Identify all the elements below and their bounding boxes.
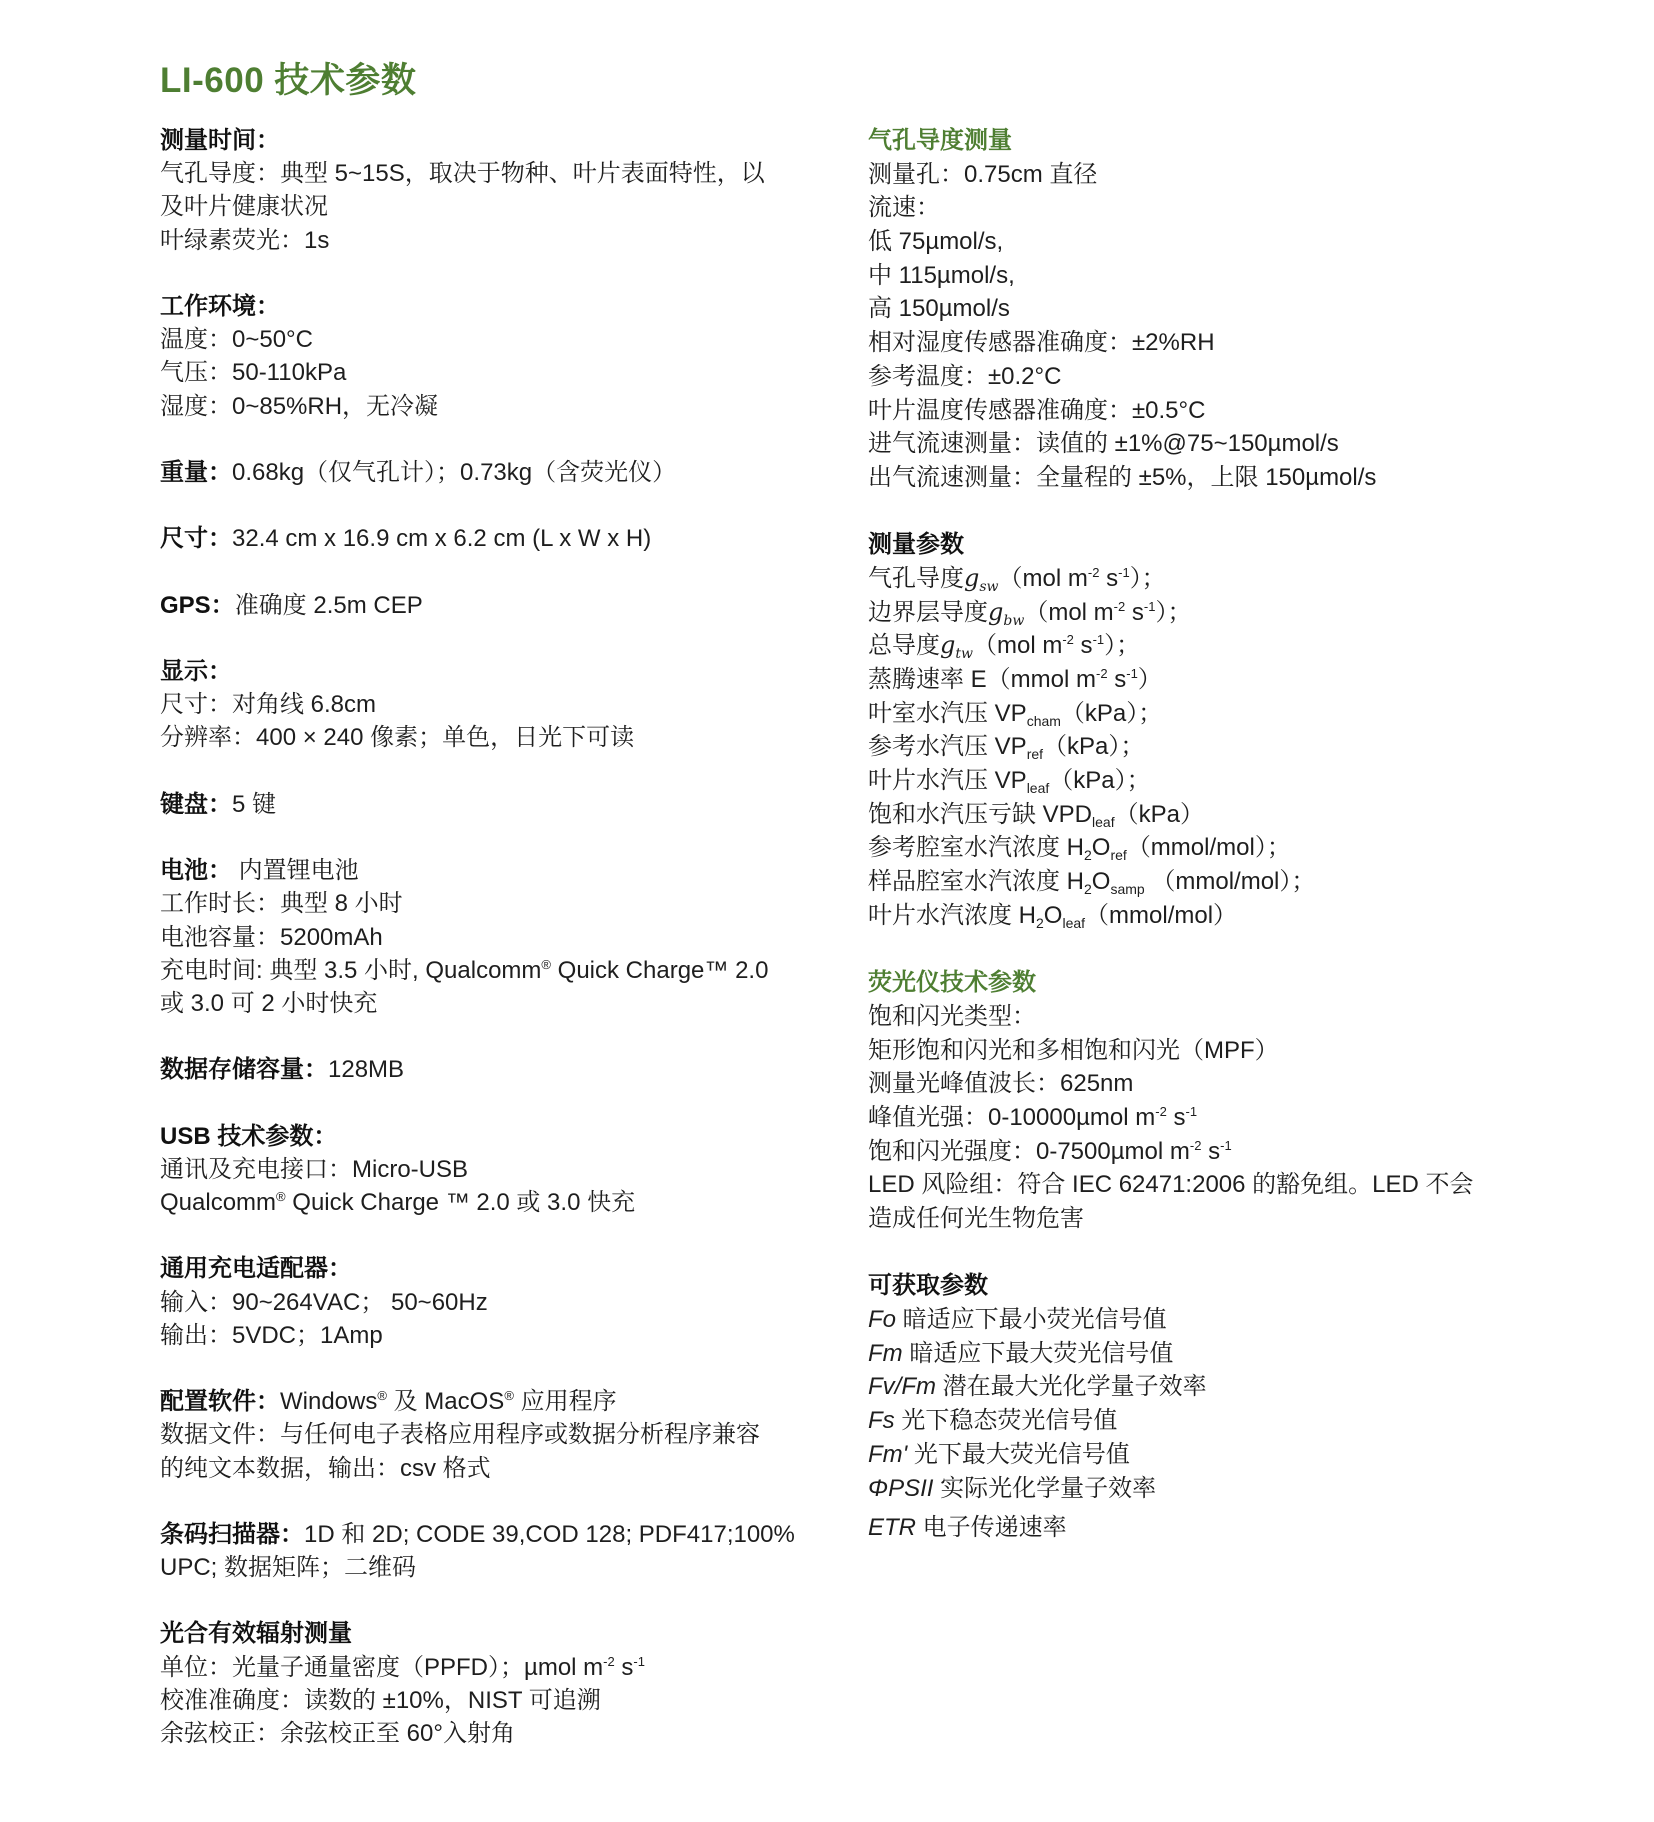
subscript: 2 bbox=[1036, 915, 1044, 931]
param-vpcham: 叶室水汽压 VPcham（kPa）； bbox=[868, 697, 1588, 731]
spec-text: s bbox=[615, 1654, 634, 1681]
spec-value: 1D 和 2D; CODE 39,COD 128; PDF417;100% bbox=[304, 1521, 795, 1548]
exponent: -1 bbox=[1220, 1138, 1232, 1153]
subscript: ref bbox=[1027, 746, 1043, 762]
spec-line: 低 75µmol/s, bbox=[868, 225, 1588, 259]
spec-label: 配置软件： bbox=[160, 1388, 280, 1415]
spec-value: 内置锂电池 bbox=[232, 857, 359, 884]
spec-text: 应用程序 bbox=[514, 1388, 617, 1415]
param-text: （mol m bbox=[999, 565, 1088, 592]
spec-battery: 电池： 内置锂电池 bbox=[160, 854, 820, 887]
parameter-symbol: Fs bbox=[868, 1407, 895, 1434]
param-text: s bbox=[1099, 565, 1118, 592]
spec-line: 矩形饱和闪光和多相饱和闪光（MPF） bbox=[868, 1034, 1588, 1068]
spec-line: 进气流速测量：读值的 ±1%@75~150µmol/s bbox=[868, 427, 1588, 461]
param-text: （kPa） bbox=[1115, 801, 1204, 828]
param-text: 叶片水汽浓度 H bbox=[868, 902, 1036, 929]
spec-peak-intensity: 峰值光强：0-10000µmol m-2 s-1 bbox=[868, 1101, 1588, 1135]
registered-mark: ® bbox=[541, 957, 551, 972]
param-text: 饱和水汽压亏缺 VPD bbox=[868, 801, 1092, 828]
spec-storage: 数据存储容量：128MB bbox=[160, 1053, 820, 1086]
param-text: （mmol/mol）； bbox=[1145, 868, 1316, 895]
spec-par-unit: 单位：光量子通量密度（PPFD）；µmol m-2 s-1 bbox=[160, 1651, 820, 1684]
subscript: sw bbox=[979, 579, 998, 595]
param-text: 叶室水汽压 VP bbox=[868, 700, 1027, 727]
param-text: ）； bbox=[1130, 565, 1166, 592]
spec-line: 的纯文本数据，输出：csv 格式 bbox=[160, 1452, 820, 1485]
section-heading-usb: USB 技术参数： bbox=[160, 1120, 820, 1153]
spec-keyboard: 键盘：5 键 bbox=[160, 788, 820, 821]
obtainable-item: Fv/Fm 潜在最大光化学量子效率 bbox=[868, 1370, 1588, 1404]
parameter-desc: 暗适应下最大荧光信号值 bbox=[903, 1340, 1174, 1367]
subscript: 2 bbox=[1084, 881, 1092, 897]
param-h2oleaf: 叶片水汽浓度 H2Oleaf（mmol/mol） bbox=[868, 899, 1588, 933]
spec-line: 中 115µmol/s, bbox=[868, 259, 1588, 293]
spec-text: Qualcomm bbox=[160, 1189, 276, 1216]
spec-text: 单位：光量子通量密度（PPFD）；µmol m bbox=[160, 1654, 603, 1681]
spec-line: 叶绿素荧光：1s bbox=[160, 224, 820, 257]
subscript: tw bbox=[955, 646, 973, 662]
param-text: （kPa）； bbox=[1043, 733, 1144, 760]
registered-mark: ® bbox=[504, 1388, 514, 1403]
spec-line: 相对湿度传感器准确度：±2%RH bbox=[868, 326, 1588, 360]
spec-line: 校准准确度：读数的 ±10%，NIST 可追溯 bbox=[160, 1684, 820, 1717]
spec-line: 电池容量：5200mAh bbox=[160, 921, 820, 954]
subscript: ref bbox=[1110, 847, 1126, 863]
obtainable-item: Fo 暗适应下最小荧光信号值 bbox=[868, 1303, 1588, 1337]
spec-line: 流速： bbox=[868, 191, 1588, 225]
spec-label: 条码扫描器： bbox=[160, 1521, 304, 1548]
param-vpref: 参考水汽压 VPref（kPa）； bbox=[868, 730, 1588, 764]
spec-label: 键盘： bbox=[160, 791, 232, 818]
param-text: O bbox=[1092, 868, 1111, 895]
spec-weight: 重量：0.68kg（仅气孔计）；0.73kg（含荧光仪） bbox=[160, 456, 820, 489]
parameter-desc: 实际光化学量子效率 bbox=[933, 1475, 1156, 1502]
spec-line: 输入：90~264VAC； 50~60Hz bbox=[160, 1286, 820, 1319]
spec-line: 及叶片健康状况 bbox=[160, 190, 820, 223]
exponent: -2 bbox=[1096, 666, 1108, 681]
param-text: 叶片水汽压 VP bbox=[868, 767, 1027, 794]
section-heading-adapter: 通用充电适配器： bbox=[160, 1252, 820, 1285]
parameter-symbol: ETR bbox=[868, 1514, 916, 1541]
subscript: cham bbox=[1027, 713, 1061, 729]
param-text: ） bbox=[1138, 666, 1162, 693]
spec-text: Windows bbox=[280, 1388, 377, 1415]
spec-line: 测量孔：0.75cm 直径 bbox=[868, 158, 1588, 192]
subscript: 2 bbox=[1084, 847, 1092, 863]
registered-mark: ® bbox=[276, 1189, 286, 1204]
param-text: s bbox=[1125, 599, 1144, 626]
section-heading-par: 光合有效辐射测量 bbox=[160, 1617, 820, 1650]
param-text: s bbox=[1074, 632, 1093, 659]
param-text: （kPa）； bbox=[1061, 700, 1162, 727]
param-text: 总导度 bbox=[868, 632, 940, 659]
exponent: -2 bbox=[1155, 1104, 1167, 1119]
spec-label: 尺寸： bbox=[160, 525, 232, 552]
section-heading-display: 显示： bbox=[160, 655, 820, 688]
spec-line: 输出：5VDC；1Amp bbox=[160, 1319, 820, 1352]
exponent: -1 bbox=[633, 1654, 645, 1669]
param-gbw: 边界层导度gbw（mol m-2 s-1）； bbox=[868, 596, 1588, 630]
spec-value: 32.4 cm x 16.9 cm x 6.2 cm (L x W x H) bbox=[232, 525, 651, 552]
parameter-symbol: ΦPSII bbox=[868, 1475, 933, 1502]
spec-text: Quick Charge ™ 2.0 或 3.0 快充 bbox=[286, 1189, 635, 1216]
spec-line: 湿度：0~85%RH，无冷凝 bbox=[160, 390, 820, 423]
symbol-g: g bbox=[964, 564, 979, 592]
exponent: -2 bbox=[603, 1654, 615, 1669]
spec-line: 数据文件：与任何电子表格应用程序或数据分析程序兼容 bbox=[160, 1418, 820, 1451]
param-h2osamp: 样品腔室水汽浓度 H2Osamp （mmol/mol）； bbox=[868, 865, 1588, 899]
page-title: LI-600 技术参数 bbox=[160, 60, 416, 102]
exponent: -1 bbox=[1118, 565, 1130, 580]
exponent: -2 bbox=[1114, 599, 1126, 614]
subscript: leaf bbox=[1092, 814, 1115, 830]
spec-value: 准确度 2.5m CEP bbox=[235, 592, 423, 619]
spec-software: 配置软件：Windows® 及 MacOS® 应用程序 bbox=[160, 1385, 820, 1418]
subscript: leaf bbox=[1062, 915, 1085, 931]
symbol-g: g bbox=[940, 631, 955, 659]
obtainable-item: Fm 暗适应下最大荧光信号值 bbox=[868, 1337, 1588, 1371]
exponent: -1 bbox=[1185, 1104, 1197, 1119]
spec-label: 数据存储容量： bbox=[160, 1056, 328, 1083]
obtainable-item: ETR 电子传递速率 bbox=[868, 1511, 1588, 1545]
spec-line: 尺寸：对角线 6.8cm bbox=[160, 688, 820, 721]
parameter-symbol: Fo bbox=[868, 1306, 896, 1333]
spec-label: GPS： bbox=[160, 592, 235, 619]
param-vpd: 饱和水汽压亏缺 VPDleaf（kPa） bbox=[868, 798, 1588, 832]
param-e: 蒸腾速率 E（mmol m-2 s-1） bbox=[868, 663, 1588, 697]
subscript: bw bbox=[1003, 613, 1024, 629]
spec-line: 气压：50-110kPa bbox=[160, 356, 820, 389]
spec-line: 叶片温度传感器准确度：±0.5°C bbox=[868, 394, 1588, 428]
spec-line: 分辨率：400 × 240 像素；单色，日光下可读 bbox=[160, 721, 820, 754]
param-text: （mmol/mol） bbox=[1085, 902, 1237, 929]
parameter-desc: 潜在最大光化学量子效率 bbox=[936, 1373, 1207, 1400]
param-gsw: 气孔导度gsw（mol m-2 s-1）； bbox=[868, 562, 1588, 596]
spec-line: 通讯及充电接口：Micro-USB bbox=[160, 1153, 820, 1186]
registered-mark: ® bbox=[377, 1388, 387, 1403]
section-heading-measure-time: 测量时间： bbox=[160, 124, 820, 157]
exponent: -2 bbox=[1062, 632, 1074, 647]
exponent: -2 bbox=[1190, 1138, 1202, 1153]
spec-quick-charge: Qualcomm® Quick Charge ™ 2.0 或 3.0 快充 bbox=[160, 1186, 820, 1219]
section-heading-environment: 工作环境： bbox=[160, 290, 820, 323]
obtainable-item: ΦPSII 实际光化学量子效率 bbox=[868, 1472, 1588, 1506]
exponent: -1 bbox=[1126, 666, 1138, 681]
exponent: -1 bbox=[1144, 599, 1156, 614]
param-text: 参考腔室水汽浓度 H bbox=[868, 834, 1084, 861]
param-text: 边界层导度 bbox=[868, 599, 988, 626]
param-text: 参考水汽压 VP bbox=[868, 733, 1027, 760]
param-text: （mol m bbox=[973, 632, 1062, 659]
spec-text: s bbox=[1167, 1104, 1186, 1131]
spec-line: LED 风险组：符合 IEC 62471:2006 的豁免组。LED 不会 bbox=[868, 1168, 1588, 1202]
spec-barcode: 条码扫描器：1D 和 2D; CODE 39,COD 128; PDF417;1… bbox=[160, 1518, 820, 1551]
spec-line: 或 3.0 可 2 小时快充 bbox=[160, 987, 820, 1020]
parameter-symbol: Fv/Fm bbox=[868, 1373, 936, 1400]
spec-line: 余弦校正：余弦校正至 60°入射角 bbox=[160, 1717, 820, 1750]
parameter-desc: 暗适应下最小荧光信号值 bbox=[896, 1306, 1167, 1333]
spec-line: 参考温度：±0.2°C bbox=[868, 360, 1588, 394]
symbol-g: g bbox=[988, 598, 1003, 626]
spec-line: 测量光峰值波长：625nm bbox=[868, 1067, 1588, 1101]
spec-text: 饱和闪光强度：0-7500µmol m bbox=[868, 1138, 1190, 1165]
spec-text: 峰值光强：0-10000µmol m bbox=[868, 1104, 1155, 1131]
spec-line: 气孔导度：典型 5~15S，取决于物种、叶片表面特性，以 bbox=[160, 157, 820, 190]
right-column: 气孔导度测量 测量孔：0.75cm 直径 流速： 低 75µmol/s, 中 1… bbox=[868, 124, 1588, 1545]
param-text: 气孔导度 bbox=[868, 565, 964, 592]
param-vpleaf: 叶片水汽压 VPleaf（kPa）； bbox=[868, 764, 1588, 798]
spec-size: 尺寸：32.4 cm x 16.9 cm x 6.2 cm (L x W x H… bbox=[160, 522, 820, 555]
param-text: O bbox=[1092, 834, 1111, 861]
left-column: 测量时间： 气孔导度：典型 5~15S，取决于物种、叶片表面特性，以 及叶片健康… bbox=[160, 124, 820, 1750]
exponent: -2 bbox=[1088, 565, 1100, 580]
obtainable-item: Fm' 光下最大荧光信号值 bbox=[868, 1438, 1588, 1472]
spec-line: 工作时长：典型 8 小时 bbox=[160, 887, 820, 920]
spec-value: 5 键 bbox=[232, 791, 276, 818]
spec-text: 充电时间: 典型 3.5 小时, Qualcomm bbox=[160, 957, 541, 984]
spec-text: Quick Charge™ 2.0 bbox=[551, 957, 768, 984]
parameter-desc: 光下稳态荧光信号值 bbox=[895, 1407, 1118, 1434]
param-h2oref: 参考腔室水汽浓度 H2Oref（mmol/mol）； bbox=[868, 831, 1588, 865]
param-text: s bbox=[1108, 666, 1127, 693]
parameter-desc: 光下最大荧光信号值 bbox=[907, 1441, 1130, 1468]
spec-line: 造成任何光生物危害 bbox=[868, 1202, 1588, 1236]
param-text: 样品腔室水汽浓度 H bbox=[868, 868, 1084, 895]
param-text: 蒸腾速率 E（mmol m bbox=[868, 666, 1096, 693]
spec-line: 高 150µmol/s bbox=[868, 292, 1588, 326]
section-heading-obtainable: 可获取参数 bbox=[868, 1269, 1588, 1303]
section-heading-fluorometer: 荧光仪技术参数 bbox=[868, 966, 1588, 1000]
spec-value: 128MB bbox=[328, 1056, 404, 1083]
spec-charge-time: 充电时间: 典型 3.5 小时, Qualcomm® Quick Charge™… bbox=[160, 954, 820, 987]
exponent: -1 bbox=[1093, 632, 1105, 647]
param-text: （kPa）； bbox=[1049, 767, 1150, 794]
param-gtw: 总导度gtw（mol m-2 s-1）； bbox=[868, 629, 1588, 663]
section-heading-stomatal: 气孔导度测量 bbox=[868, 124, 1588, 158]
obtainable-item: Fs 光下稳态荧光信号值 bbox=[868, 1404, 1588, 1438]
param-text: O bbox=[1044, 902, 1063, 929]
param-text: ）； bbox=[1155, 599, 1191, 626]
param-text: ）； bbox=[1104, 632, 1140, 659]
parameter-symbol: Fm bbox=[868, 1340, 903, 1367]
spec-line: 饱和闪光类型： bbox=[868, 1000, 1588, 1034]
spec-saturation-intensity: 饱和闪光强度：0-7500µmol m-2 s-1 bbox=[868, 1135, 1588, 1169]
parameter-desc: 电子传递速率 bbox=[916, 1514, 1067, 1541]
subscript: leaf bbox=[1027, 780, 1050, 796]
spec-line: UPC; 数据矩阵；二维码 bbox=[160, 1551, 820, 1584]
parameter-symbol: Fm' bbox=[868, 1441, 907, 1468]
spec-line: 出气流速测量：全量程的 ±5%，上限 150µmol/s bbox=[868, 461, 1588, 495]
spec-text: 及 MacOS bbox=[387, 1388, 504, 1415]
param-text: （mmol/mol）； bbox=[1127, 834, 1291, 861]
spec-label: 重量： bbox=[160, 459, 232, 486]
section-heading-params: 测量参数 bbox=[868, 528, 1588, 562]
spec-value: 0.68kg（仅气孔计）；0.73kg（含荧光仪） bbox=[232, 459, 676, 486]
spec-line: 温度：0~50°C bbox=[160, 323, 820, 356]
spec-gps: GPS：准确度 2.5m CEP bbox=[160, 589, 820, 622]
subscript: samp bbox=[1110, 881, 1144, 897]
spec-text: s bbox=[1201, 1138, 1220, 1165]
spec-label: 电池： bbox=[160, 857, 232, 884]
param-text: （mol m bbox=[1024, 599, 1113, 626]
